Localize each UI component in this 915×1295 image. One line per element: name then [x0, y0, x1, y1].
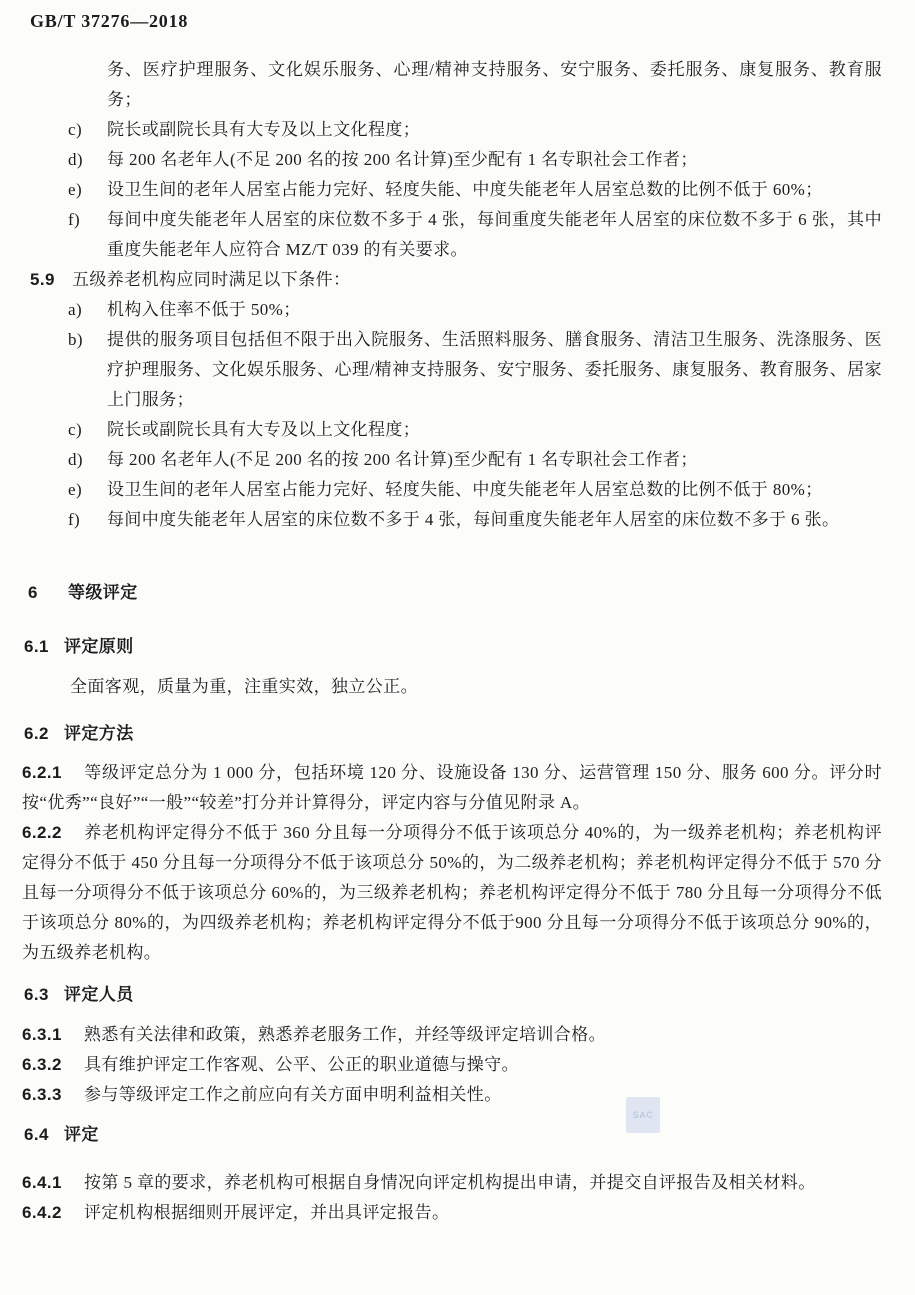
section-number: 6: [28, 578, 68, 608]
clause-6-3-1: 6.3.1熟悉有关法律和政策，熟悉养老服务工作，并经等级评定培训合格。: [22, 1020, 882, 1050]
clause-text: 参与等级评定工作之前应向有关方面申明利益相关性。: [84, 1085, 502, 1104]
list-item: c) 院长或副院长具有大专及以上文化程度；: [68, 415, 882, 445]
clause-number: 6.3.3: [22, 1080, 84, 1110]
watermark-text: SAC: [633, 1100, 654, 1130]
list-item-label: a): [68, 295, 107, 325]
standard-number-header: GB/T 37276—2018: [30, 6, 188, 36]
list-item-label: f): [68, 205, 107, 265]
list-item-text: 机构入住率不低于 50%；: [107, 295, 882, 325]
clause-number: 5.9: [30, 265, 72, 295]
list-item-text: 每间中度失能老年人居室的床位数不多于 4 张，每间重度失能老年人居室的床位数不多…: [107, 205, 882, 265]
section-number: 6.2: [24, 719, 64, 749]
clause-number: 6.3.2: [22, 1050, 84, 1080]
list-item-text: 院长或副院长具有大专及以上文化程度；: [107, 415, 882, 445]
list-item-label: f): [68, 505, 107, 535]
clause-number: 6.4.2: [22, 1198, 84, 1228]
clause-6-3-3: 6.3.3参与等级评定工作之前应向有关方面申明利益相关性。: [22, 1080, 882, 1110]
clause-title: 五级养老机构应同时满足以下条件：: [72, 270, 350, 289]
clause-number: 6.3.1: [22, 1020, 84, 1050]
clause-text: 具有维护评定工作客观、公平、公正的职业道德与操守。: [84, 1055, 519, 1074]
section-heading-6-2: 6.2评定方法: [24, 719, 134, 749]
list-item: c) 院长或副院长具有大专及以上文化程度；: [68, 115, 882, 145]
paragraph-item-b-continuation: 务、医疗护理服务、文化娱乐服务、心理/精神支持服务、安宁服务、委托服务、康复服务…: [107, 55, 882, 115]
list-item-text: 设卫生间的老年人居室占能力完好、轻度失能、中度失能老年人居室总数的比例不低于 8…: [107, 475, 882, 505]
list-item-text: 每 200 名老年人(不足 200 名的按 200 名计算)至少配有 1 名专职…: [107, 145, 882, 175]
list-item-label: b): [68, 325, 107, 415]
section-title: 评定原则: [64, 637, 134, 656]
list-item-label: e): [68, 475, 107, 505]
section-number: 6.1: [24, 632, 64, 662]
clause-number: 6.2.2: [22, 818, 84, 848]
clause-text: 熟悉有关法律和政策，熟悉养老服务工作，并经等级评定培训合格。: [84, 1025, 606, 1044]
list-item: e) 设卫生间的老年人居室占能力完好、轻度失能、中度失能老年人居室总数的比例不低…: [68, 475, 882, 505]
list-item: f) 每间中度失能老年人居室的床位数不多于 4 张，每间重度失能老年人居室的床位…: [68, 205, 882, 265]
section-title: 评定人员: [64, 985, 134, 1004]
document-page: GB/T 37276—2018 务、医疗护理服务、文化娱乐服务、心理/精神支持服…: [0, 0, 915, 1295]
list-item: a) 机构入住率不低于 50%；: [68, 295, 882, 325]
list-clause-5-8: c) 院长或副院长具有大专及以上文化程度； d) 每 200 名老年人(不足 2…: [68, 115, 882, 265]
list-item-label: c): [68, 115, 107, 145]
clause-6-2-1: 6.2.1等级评定总分为 1 000 分，包括环境 120 分、设施设备 130…: [22, 758, 882, 818]
clause-group-6-4: 6.4.1按第 5 章的要求，养老机构可根据自身情况向评定机构提出申请，并提交自…: [22, 1168, 882, 1228]
clause-text: 评定机构根据细则开展评定，并出具评定报告。: [84, 1203, 449, 1222]
list-item: f) 每间中度失能老年人居室的床位数不多于 4 张，每间重度失能老年人居室的床位…: [68, 505, 882, 535]
list-item-text: 每间中度失能老年人居室的床位数不多于 4 张，每间重度失能老年人居室的床位数不多…: [107, 505, 882, 535]
list-item-text: 每 200 名老年人(不足 200 名的按 200 名计算)至少配有 1 名专职…: [107, 445, 882, 475]
list-clause-5-9: a) 机构入住率不低于 50%； b) 提供的服务项目包括但不限于出入院服务、生…: [68, 295, 882, 535]
list-item: d) 每 200 名老年人(不足 200 名的按 200 名计算)至少配有 1 …: [68, 445, 882, 475]
section-title: 评定方法: [64, 724, 134, 743]
list-item-label: c): [68, 415, 107, 445]
list-item-label: d): [68, 445, 107, 475]
clause-text: 按第 5 章的要求，养老机构可根据自身情况向评定机构提出申请，并提交自评报告及相…: [84, 1173, 816, 1192]
section-heading-6: 6等级评定: [28, 578, 138, 608]
section-number: 6.3: [24, 980, 64, 1010]
clause-text: 养老机构评定得分不低于 360 分且每一分项得分不低于该项总分 40%的，为一级…: [22, 823, 882, 962]
section-title: 等级评定: [68, 583, 138, 602]
list-item-label: d): [68, 145, 107, 175]
section-heading-6-3: 6.3评定人员: [24, 980, 134, 1010]
list-item: e) 设卫生间的老年人居室占能力完好、轻度失能、中度失能老年人居室总数的比例不低…: [68, 175, 882, 205]
list-item-label: e): [68, 175, 107, 205]
clause-number: 6.4.1: [22, 1168, 84, 1198]
section-heading-6-1: 6.1评定原则: [24, 632, 134, 662]
clause-6-2-2: 6.2.2养老机构评定得分不低于 360 分且每一分项得分不低于该项总分 40%…: [22, 818, 882, 968]
clause-group-6-3: 6.3.1熟悉有关法律和政策，熟悉养老服务工作，并经等级评定培训合格。 6.3.…: [22, 1020, 882, 1110]
list-item: d) 每 200 名老年人(不足 200 名的按 200 名计算)至少配有 1 …: [68, 145, 882, 175]
section-title: 评定: [64, 1125, 99, 1144]
clause-6-4-2: 6.4.2评定机构根据细则开展评定，并出具评定报告。: [22, 1198, 882, 1228]
list-item: b) 提供的服务项目包括但不限于出入院服务、生活照料服务、膳食服务、清洁卫生服务…: [68, 325, 882, 415]
section-number: 6.4: [24, 1120, 64, 1150]
section-heading-6-4: 6.4评定: [24, 1120, 99, 1150]
sac-watermark-icon: SAC: [626, 1097, 660, 1133]
clause-6-4-1: 6.4.1按第 5 章的要求，养老机构可根据自身情况向评定机构提出申请，并提交自…: [22, 1168, 882, 1198]
list-item-text: 设卫生间的老年人居室占能力完好、轻度失能、中度失能老年人居室总数的比例不低于 6…: [107, 175, 882, 205]
clause-6-3-2: 6.3.2具有维护评定工作客观、公平、公正的职业道德与操守。: [22, 1050, 882, 1080]
list-item-text: 院长或副院长具有大专及以上文化程度；: [107, 115, 882, 145]
list-item-text: 提供的服务项目包括但不限于出入院服务、生活照料服务、膳食服务、清洁卫生服务、洗涤…: [107, 325, 882, 415]
clause-5-9: 5.9五级养老机构应同时满足以下条件：: [30, 265, 882, 295]
clause-number: 6.2.1: [22, 758, 84, 788]
clause-text: 等级评定总分为 1 000 分，包括环境 120 分、设施设备 130 分、运营…: [22, 763, 882, 812]
paragraph-6-1-body: 全面客观，质量为重，注重实效，独立公正。: [70, 672, 882, 702]
